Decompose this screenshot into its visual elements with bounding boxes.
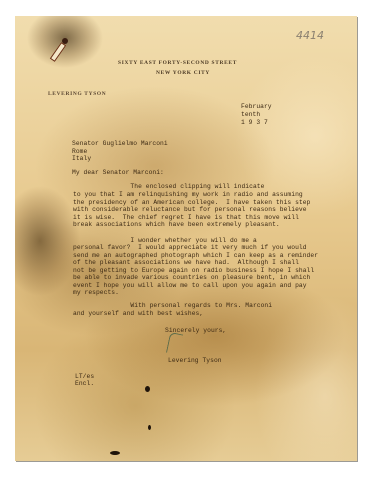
body-line: With personal regards to Mrs. Marconi xyxy=(73,302,272,310)
ink-spot-icon xyxy=(110,451,120,455)
body-line: be able to invade various countries on p… xyxy=(73,274,310,282)
letterhead-name: LEVERING TYSON xyxy=(48,91,106,97)
date-month: February xyxy=(241,103,272,111)
letterhead-address-2: NEW YORK CITY xyxy=(156,70,210,76)
body-line: break associations which have been extre… xyxy=(73,221,280,229)
archive-number: 4414 xyxy=(296,29,324,42)
enclosure-note: Encl. xyxy=(75,380,94,388)
recipient-name: Senator Guglielmo Marconi xyxy=(72,140,168,148)
body-line: The enclosed clipping will indicate xyxy=(73,183,264,191)
body-line: my respects. xyxy=(73,289,119,297)
signer-name: Levering Tyson xyxy=(168,357,222,365)
letterhead-address-1: SIXTY EAST FORTY-SECOND STREET xyxy=(118,60,237,66)
body-line: and yourself and with best wishes, xyxy=(73,310,203,318)
body-line: with considerable reluctance but for per… xyxy=(73,206,307,214)
recipient-country: Italy xyxy=(72,155,91,163)
body-line: of the pleasant associations we have had… xyxy=(73,259,299,267)
body-line: to you that I am relinquishing my work i… xyxy=(73,191,303,199)
ink-spot-icon xyxy=(145,386,150,392)
date-day: tenth xyxy=(241,111,260,119)
body-line: personal favor? I would appreciate it ve… xyxy=(73,244,307,252)
salutation: My dear Senator Marconi: xyxy=(72,169,164,177)
ink-spot-icon xyxy=(148,425,151,430)
date-year: 1 9 3 7 xyxy=(241,119,268,127)
